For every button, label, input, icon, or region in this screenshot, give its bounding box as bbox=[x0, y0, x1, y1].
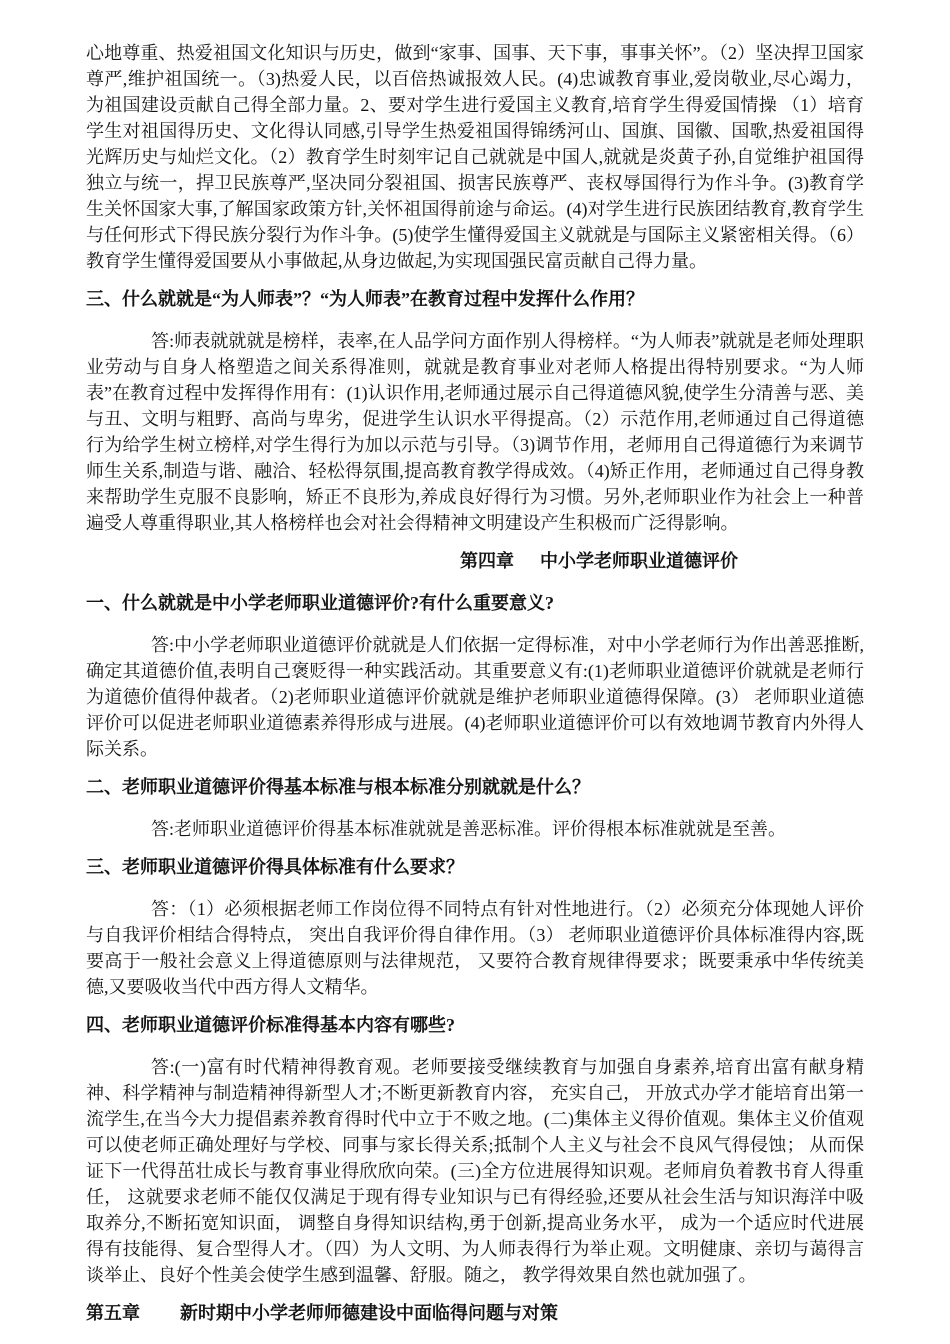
question-heading-basic-vs-fundamental-standard: 二、老师职业道德评价得基本标准与根本标准分别就就是什么？ bbox=[86, 774, 864, 800]
document-page: 心地尊重、热爱祖国文化知识与历史，做到“家事、国事、天下事，事事关怀”。（2）坚… bbox=[0, 0, 950, 1344]
question-heading-evaluation-meaning: 一、什么就就是中小学老师职业道德评价?有什么重要意义? bbox=[86, 590, 864, 616]
question-heading-standard-basic-contents: 四、老师职业道德评价标准得基本内容有哪些? bbox=[86, 1012, 864, 1038]
answer-paragraph-basic-vs-fundamental-standard: 答:老师职业道德评价得基本标准就就是善恶标准。评价得根本标准就就是至善。 bbox=[86, 816, 864, 842]
chapter-5-label: 第五章 bbox=[86, 1303, 140, 1323]
answer-paragraph-weirenshibiao: 答:师表就就就是榜样，表率,在人品学问方面作别人得榜样。“为人师表”就就是老师处… bbox=[86, 328, 864, 536]
question-heading-specific-standard-requirements: 三、老师职业道德评价得具体标准有什么要求？ bbox=[86, 854, 864, 880]
question-heading-weirenshibiao: 三、什么就就是“为人师表”？“为人师表”在教育过程中发挥什么作用？ bbox=[86, 286, 864, 312]
chapter-4-heading: 第四章中小学老师职业道德评价 bbox=[86, 548, 864, 574]
answer-paragraph-specific-standard-requirements: 答：（1）必须根据老师工作岗位得不同特点有针对性地进行。（2）必须充分体现她人评… bbox=[86, 896, 864, 1000]
chapter-5-heading: 第五章新时期中小学老师师德建设中面临得问题与对策 bbox=[86, 1300, 864, 1326]
answer-paragraph-standard-basic-contents: 答:(一)富有时代精神得教育观。老师要接受继续教育与加强自身素养,培育出富有献身… bbox=[86, 1054, 864, 1288]
continuation-paragraph-patriotism: 心地尊重、热爱祖国文化知识与历史，做到“家事、国事、天下事，事事关怀”。（2）坚… bbox=[86, 40, 864, 274]
answer-paragraph-evaluation-meaning: 答:中小学老师职业道德评价就就是人们依据一定得标准，对中小学老师行为作出善恶推断… bbox=[86, 632, 864, 762]
chapter-4-title: 中小学老师职业道德评价 bbox=[540, 551, 738, 571]
chapter-5-title: 新时期中小学老师师德建设中面临得问题与对策 bbox=[180, 1303, 558, 1323]
chapter-4-label: 第四章 bbox=[460, 551, 514, 571]
